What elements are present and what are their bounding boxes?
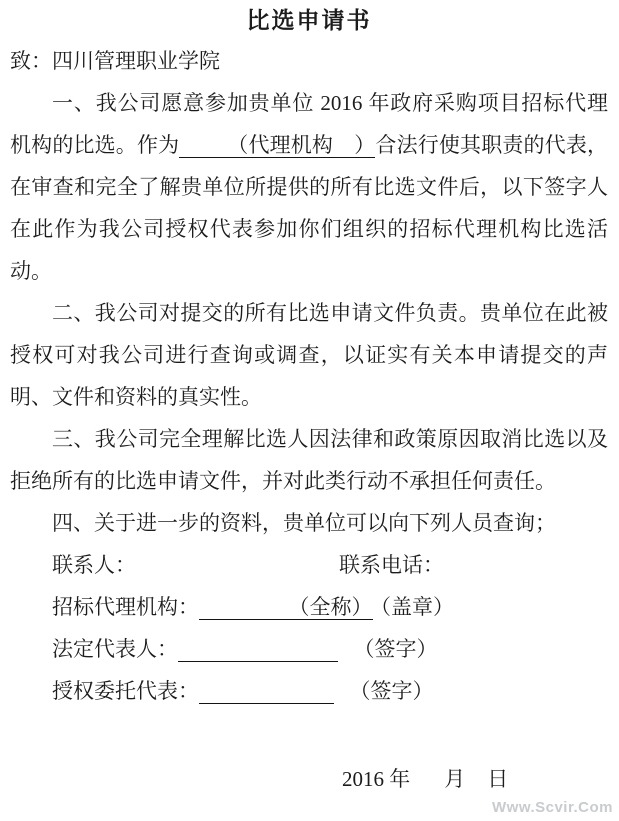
auth-rep-line: 授权委托代表：（签字） bbox=[10, 670, 608, 712]
paragraph-2: 二、我公司对提交的所有比选申请文件负责。贵单位在此被授权可对我公司进行查询或调查… bbox=[10, 292, 608, 418]
legal-rep-label: 法定代表人： bbox=[52, 637, 178, 661]
paragraph-3: 三、我公司完全理解比选人因法律和政策原因取消比选以及拒绝所有的比选申请文件，并对… bbox=[10, 418, 608, 502]
paragraph-4: 四、关于进一步的资料，贵单位可以向下列人员查询； bbox=[10, 502, 608, 544]
date-month: 月 bbox=[444, 767, 465, 791]
legal-rep-sign-label: （签字） bbox=[364, 637, 438, 661]
agency-fullname-blank: （全称） bbox=[199, 595, 373, 620]
contact-person-label: 联系人： bbox=[52, 553, 136, 577]
auth-rep-label: 授权委托代表： bbox=[52, 679, 199, 703]
contact-phone-label: 联系电话： bbox=[339, 553, 444, 577]
auth-rep-blank bbox=[199, 679, 334, 704]
agency-line: 招标代理机构：（全称）（盖章） bbox=[10, 586, 608, 628]
agency-seal-label: （盖章） bbox=[381, 595, 455, 619]
agency-name-blank-label: （代理机构 ） bbox=[227, 133, 375, 157]
agency-label: 招标代理机构： bbox=[52, 595, 199, 619]
salutation: 致：四川管理职业学院 bbox=[10, 40, 608, 82]
date-day: 日 bbox=[487, 767, 508, 791]
document-title: 比选申请书 bbox=[10, 6, 608, 36]
date-year: 2016 年 bbox=[342, 767, 410, 791]
agency-name-blank: （代理机构 ） bbox=[179, 133, 375, 158]
watermark: Www.Scvir.Com bbox=[492, 799, 613, 816]
legal-rep-line: 法定代表人：（签字） bbox=[10, 628, 608, 670]
contact-line: 联系人：联系电话： bbox=[10, 544, 608, 586]
date-line: 2016 年月日 bbox=[10, 758, 608, 800]
agency-fullname-label: （全称） bbox=[299, 595, 373, 619]
legal-rep-blank bbox=[178, 637, 338, 662]
document-page: 比选申请书 致：四川管理职业学院 一、我公司愿意参加贵单位 2016 年政府采购… bbox=[0, 0, 619, 821]
paragraph-1: 一、我公司愿意参加贵单位 2016 年政府采购项目招标代理机构的比选。作为（代理… bbox=[10, 82, 608, 292]
auth-rep-sign-label: （签字） bbox=[360, 679, 434, 703]
